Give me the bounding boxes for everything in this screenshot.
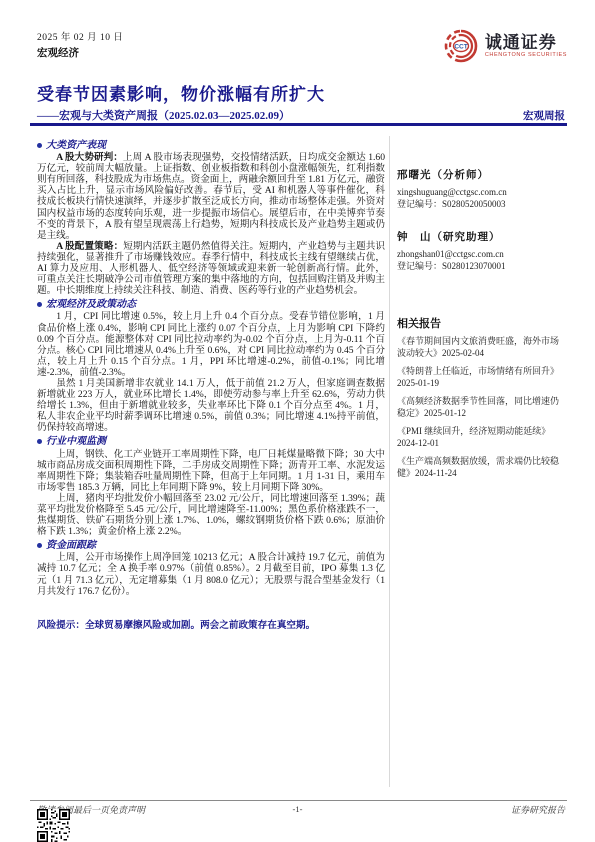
paragraph: 上周，猪肉平均批发价小幅回落至 23.02 元/公斤，同比增速回落至 1.39%… [37, 493, 385, 537]
bullet-icon [37, 439, 42, 444]
paragraph: 上周，公开市场操作上周净回笼 10213 亿元；A 股合计减持 19.7 亿元，… [37, 552, 385, 596]
analyst-card: 邢曙光（分析师） xingshuguang@cctgsc.com.cn 登记编号… [397, 170, 567, 210]
report-type-label: 宏观周报 [523, 108, 565, 123]
brand-logo: CCT 诚通证券 CHENGTONG SECURITIES [443, 28, 567, 64]
paragraph: A 股大势研判：上周 A 股市场表现强势，交投情绪活跃，日均成交金额达 1.60… [37, 152, 385, 241]
main-content: 大类资产表现 A 股大势研判：上周 A 股市场表现强势，交投情绪活跃，日均成交金… [37, 137, 385, 631]
analyst-registration: 登记编号：S0280520050003 [397, 198, 567, 210]
paragraph: 虽然 1 月美国新增非农就业 14.1 万人，低于前值 21.2 万人，但家庭调… [37, 378, 385, 433]
bullet-icon [37, 543, 42, 548]
section-heading-funding: 资金面跟踪 [37, 540, 385, 551]
related-reports-heading: 相关报告 [397, 318, 567, 330]
related-report-link[interactable]: 《特朗普上任临近，市场情绪有所回升》2025-01-19 [397, 366, 567, 389]
report-date: 2025 年 02 月 10 日 [37, 29, 123, 43]
related-report-date: 2025-01-12 [424, 408, 466, 418]
paragraph: 上周，钢铁、化工产业链开工率周期性下降，电厂日耗煤量略微下降；30 大中城市商品… [37, 449, 385, 493]
report-title: 受春节因素影响，物价涨幅有所扩大 [37, 80, 325, 105]
report-category: 宏观经济 [37, 45, 79, 60]
risk-note: 风险提示：全球贸易摩擦风险或加剧。两会之前政策存在真空期。 [37, 620, 385, 631]
related-report-date: 2024-12-01 [397, 438, 439, 448]
column-divider [389, 136, 390, 787]
section-heading-asset-performance: 大类资产表现 [37, 140, 385, 151]
report-subtitle: ——宏观与大类资产周报（2025.02.03—2025.02.09） [37, 107, 290, 123]
related-report-date: 2025-01-19 [397, 378, 439, 388]
report-page: 2025 年 02 月 10 日 宏观经济 CCT 诚通证券 CHENGTONG… [0, 0, 595, 842]
brand-name-en: CHENGTONG SECURITIES [485, 53, 567, 59]
footer-divider [30, 800, 567, 801]
paragraph: 1 月，CPI 同比增速 0.5%，较上月上升 0.4 个百分点。受春节错位影响… [37, 311, 385, 378]
logo-cct-text: CCT [454, 44, 467, 51]
brand-name-cn: 诚通证券 [485, 34, 567, 51]
sidebar: 邢曙光（分析师） xingshuguang@cctgsc.com.cn 登记编号… [397, 170, 567, 486]
analyst-name: 钟 山（研究助理） [397, 232, 567, 244]
paragraph: A 股配置策略：短期内活跃主题仍然值得关注。短期内，产业趋势与主题共识持续强化，… [37, 241, 385, 296]
title-divider [30, 123, 567, 126]
related-report-link[interactable]: 《PMI 继续回升，经济短期动能延续》2024-12-01 [397, 426, 567, 449]
bullet-icon [37, 143, 42, 148]
subtitle-row: ——宏观与大类资产周报（2025.02.03—2025.02.09） 宏观周报 [37, 107, 565, 123]
qr-code [37, 809, 70, 842]
section-heading-industry-monitor: 行业中观监测 [37, 436, 385, 447]
page-number: -1- [0, 804, 595, 814]
related-report-link[interactable]: 《春节期间国内文旅消费旺盛，海外市场波动较大》2025-02-04 [397, 336, 567, 359]
analyst-email[interactable]: zhongshan01@cctgsc.com.cn [397, 248, 567, 260]
analyst-registration: 登记编号：S0280123070001 [397, 260, 567, 272]
bullet-icon [37, 302, 42, 307]
related-report-date: 2024-11-24 [415, 468, 457, 478]
footer-report-type: 证券研究报告 [511, 803, 565, 816]
related-report-link[interactable]: 《高频经济数据季节性回落，同比增速仍稳定》2025-01-12 [397, 396, 567, 419]
analyst-name: 邢曙光（分析师） [397, 170, 567, 182]
section-heading-macro-policy: 宏观经济及政策动态 [37, 299, 385, 310]
related-report-date: 2025-02-04 [442, 348, 484, 358]
related-report-link[interactable]: 《生产端高频数据放缓，需求端仍比较稳健》2024-11-24 [397, 456, 567, 479]
analyst-email[interactable]: xingshuguang@cctgsc.com.cn [397, 186, 567, 198]
brand-logo-icon: CCT [443, 28, 479, 64]
analyst-card: 钟 山（研究助理） zhongshan01@cctgsc.com.cn 登记编号… [397, 232, 567, 272]
